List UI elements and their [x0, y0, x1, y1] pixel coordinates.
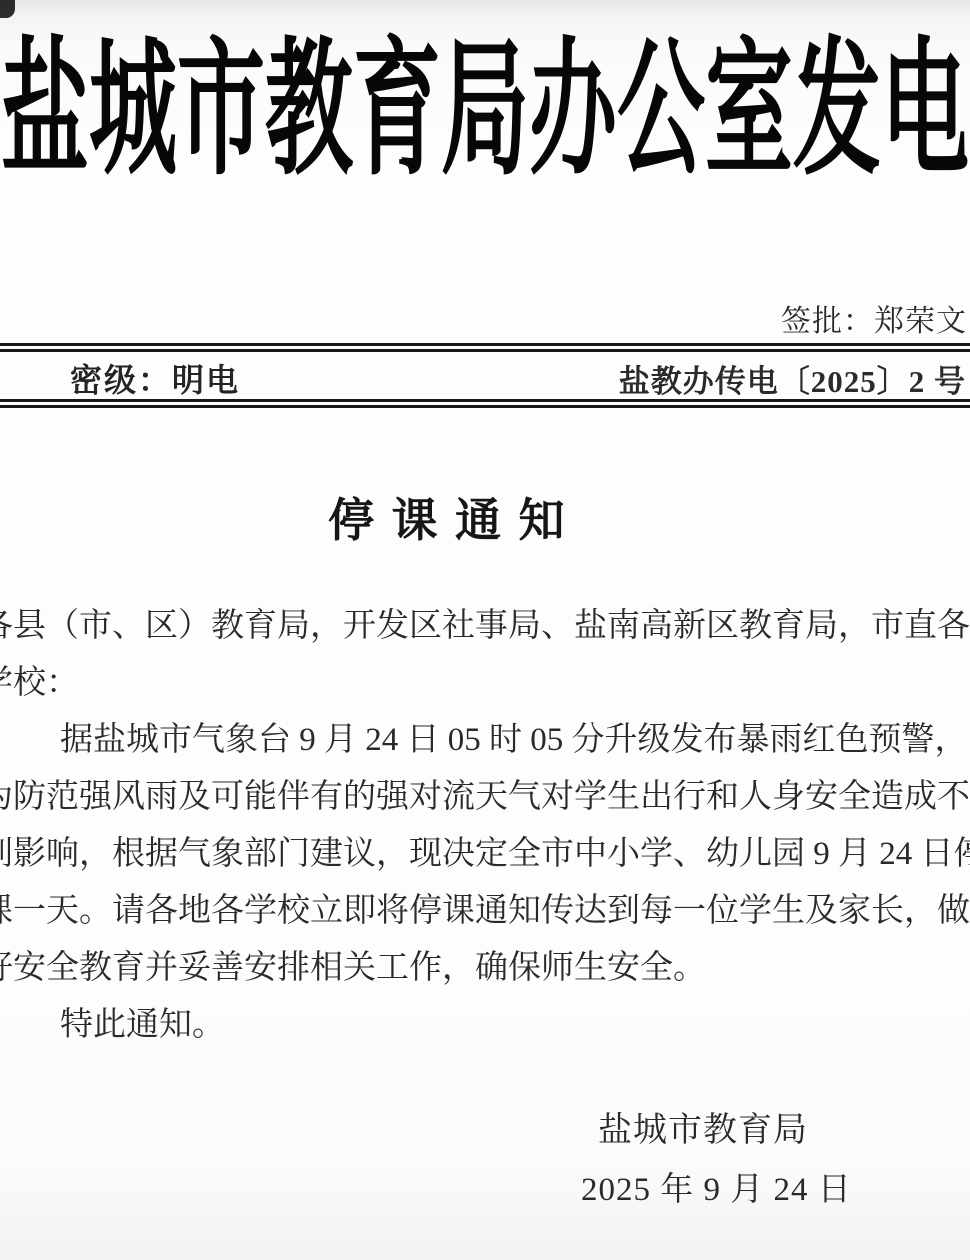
scanned-notice-document: { "colors": { "ink": "#2a2a2a", "header_… — [0, 0, 970, 1260]
classification: 密级：明电 — [70, 355, 240, 401]
notice-title-text: 停课通知 — [328, 495, 582, 546]
approval-name: 郑荣文 — [874, 305, 967, 338]
body-line: 为防范强风雨及可能伴有的强对流天气对学生出行和人身安全造成不 — [0, 769, 970, 826]
approval-label: 签批： — [781, 305, 874, 338]
body-line: 利影响，根据气象部门建议，现决定全市中小学、幼儿园 9 月 24 日停 — [0, 826, 970, 883]
document-header-title: 盐城市教育局办公室发电 — [0, 36, 970, 184]
body-line: 据盐城市气象台 9 月 24 日 05 时 05 分升级发布暴雨红色预警， — [0, 712, 970, 769]
classification-label: 密级： — [70, 362, 172, 398]
meta-row: 密级：明电 盐教办传电〔2025〕2 号 — [0, 357, 966, 399]
body-line: 课一天。请各地各学校立即将停课通知传达到每一位学生及家长，做 — [0, 883, 970, 940]
document-number: 盐教办传电〔2025〕2 号 — [619, 356, 966, 401]
bottom-double-rule — [0, 399, 970, 408]
body-line: 好安全教育并妥善安排相关工作，确保师生安全。 — [0, 940, 970, 997]
signature-organization: 盐城市教育局 — [598, 1102, 808, 1151]
top-double-rule — [0, 343, 970, 352]
notice-title: 停课通知 — [0, 484, 940, 550]
body-line: 特此通知。 — [0, 997, 970, 1054]
scan-corner-artifact — [0, 0, 15, 18]
body-line: 各县（市、区）教育局，开发区社事局、盐南高新区教育局，市直各 — [0, 598, 970, 655]
approval-line: 签批：郑荣文 — [781, 296, 967, 340]
body-line: 学校： — [0, 655, 970, 712]
classification-value: 明电 — [172, 362, 240, 398]
notice-body: 各县（市、区）教育局，开发区社事局、盐南高新区教育局，市直各 学校： 据盐城市气… — [0, 598, 970, 1054]
signature-date: 2025 年 9 月 24 日 — [581, 1163, 852, 1210]
